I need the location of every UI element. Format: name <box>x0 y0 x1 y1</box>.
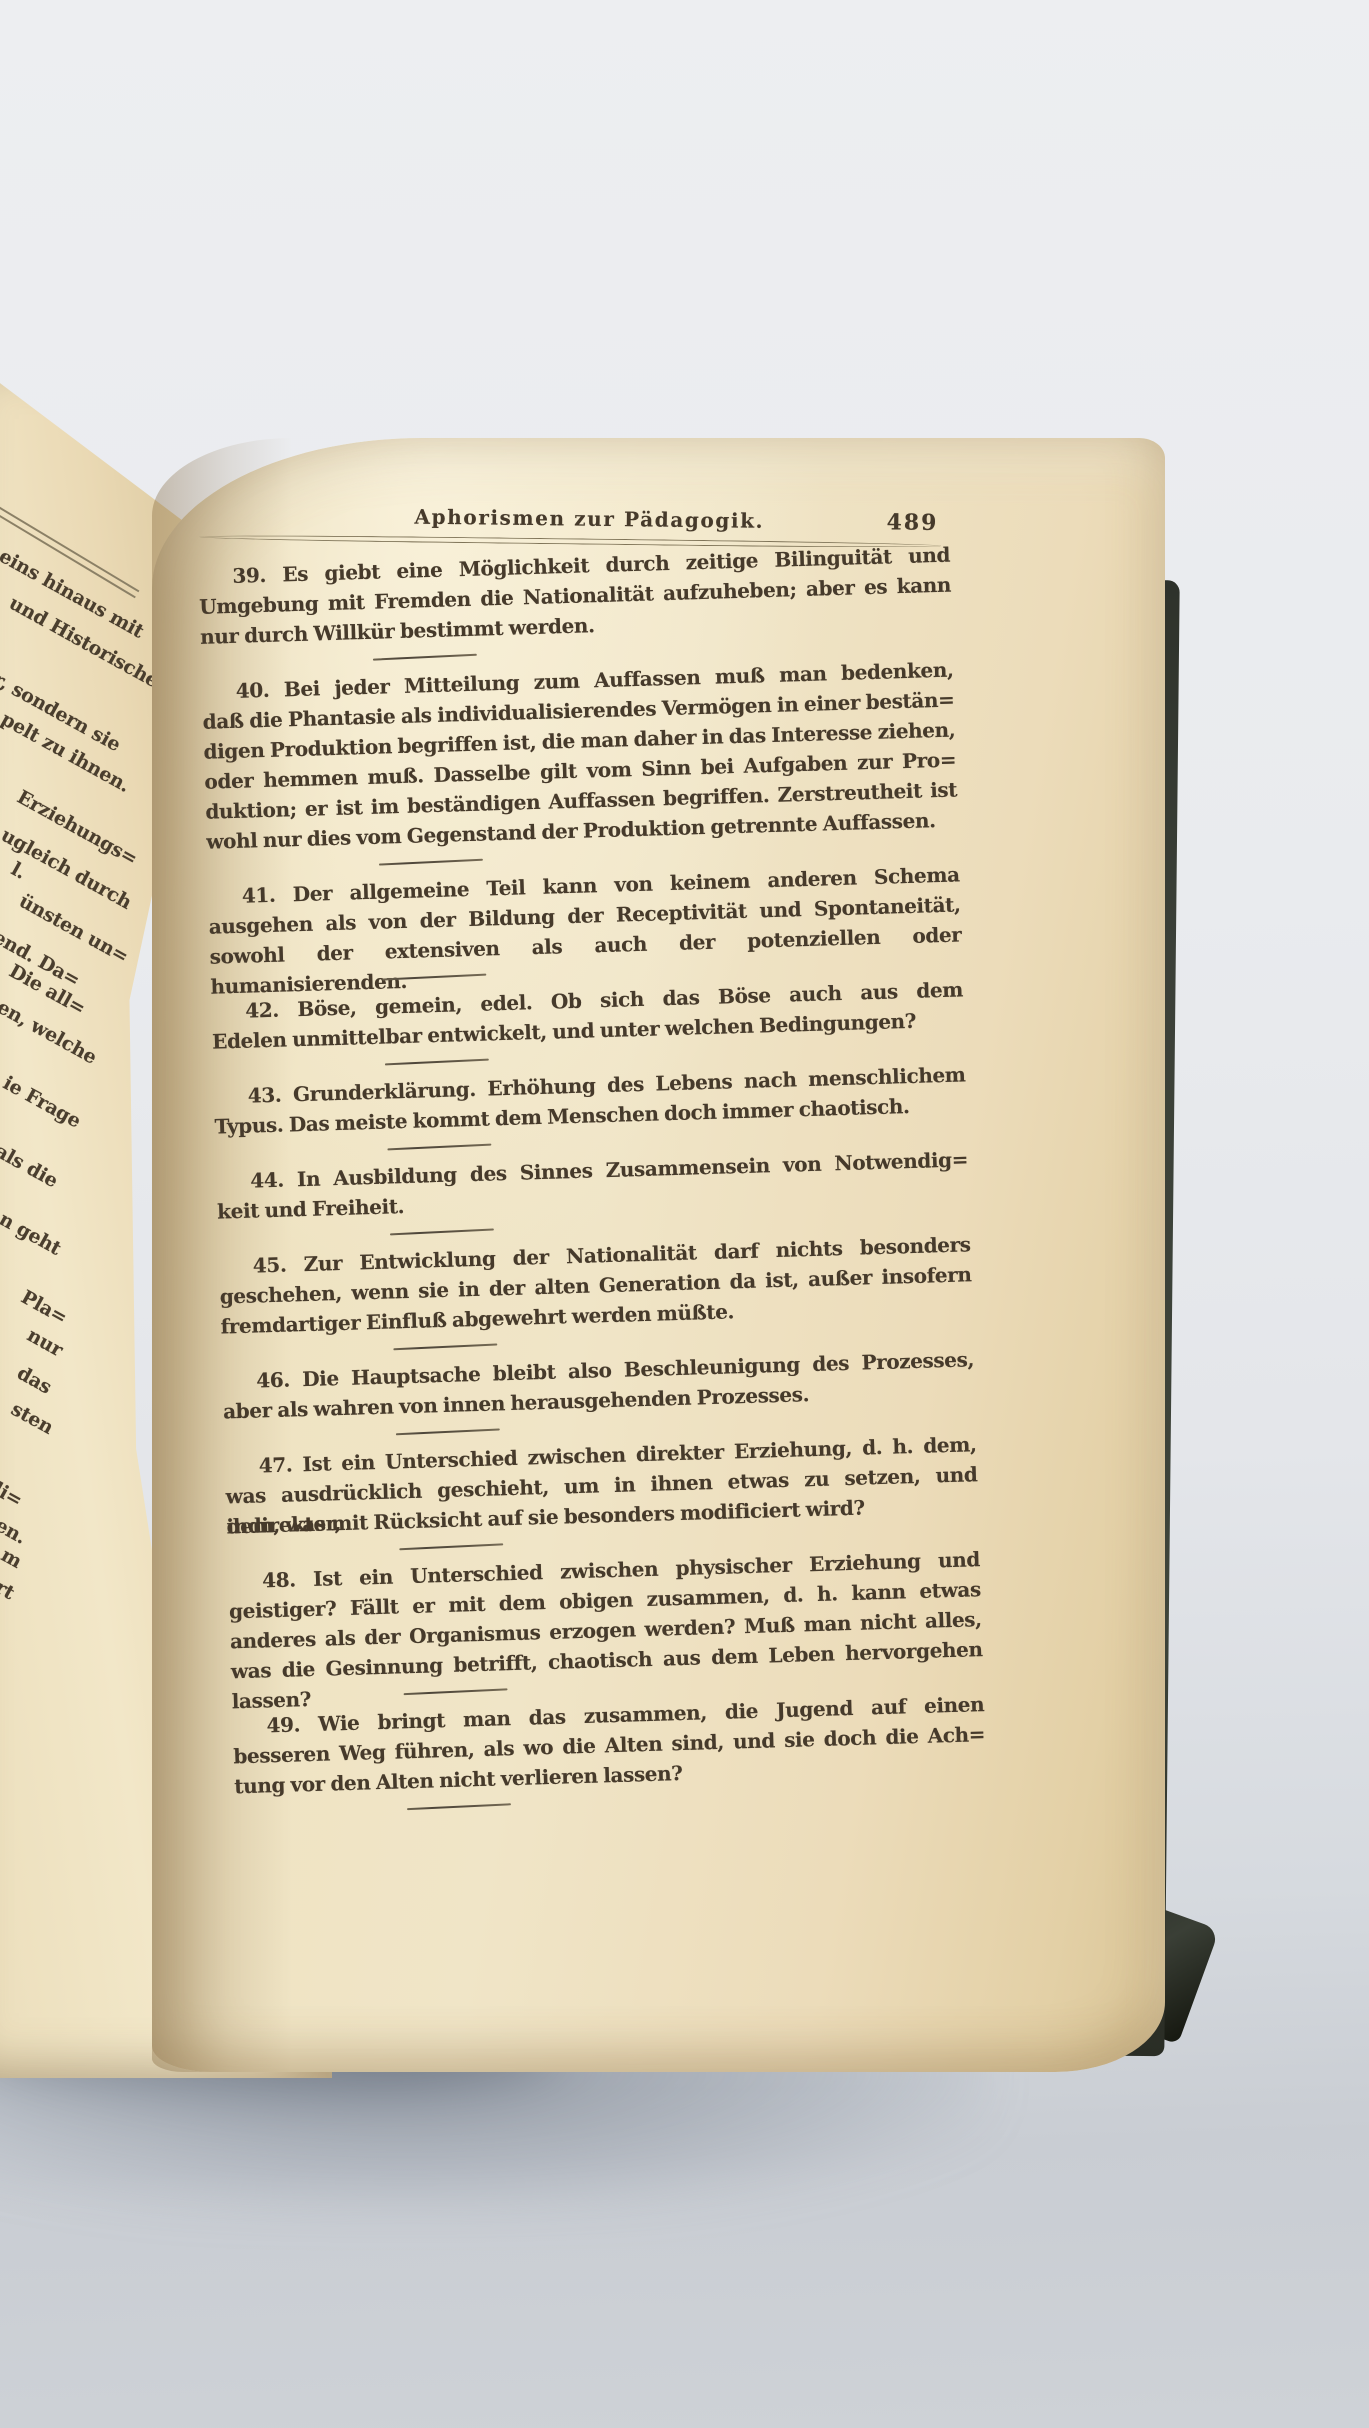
aphorism-49: 49. Wie bringt man das zusammen, die Jug… <box>232 1689 986 1801</box>
left-page-text-fragment: das <box>13 1362 55 1399</box>
aphorism-45: 45. Zur Entwicklung der Nationalität dar… <box>218 1229 972 1341</box>
right-page: Aphorismen zur Pädagogik. 489 39. Es gie… <box>152 438 1165 2072</box>
left-page-text-fragment: l. <box>7 858 29 884</box>
left-page-text-fragment: ie Frage <box>0 1072 84 1133</box>
left-page-text-fragment: rt <box>0 1576 18 1604</box>
left-page-text-fragment: en. <box>0 1514 30 1549</box>
section-separator <box>379 859 483 866</box>
page-number: 489 <box>886 509 938 536</box>
page-text-column: Aphorismen zur Pädagogik. 489 39. Es gie… <box>196 479 987 1827</box>
aphorism-39: 39. Es giebt eine Möglichkeit durch zeit… <box>198 540 952 652</box>
aphorism-40: 40. Bei jeder Mitteilung zum Auffassen m… <box>201 655 958 857</box>
aphorism-46: 46. Die Hauptsache bleibt also Beschleun… <box>222 1344 975 1426</box>
section-separator <box>407 1803 511 1810</box>
section-separator <box>393 1343 497 1350</box>
left-page-text-fragment: als die <box>0 1140 62 1192</box>
section-separator <box>404 1688 508 1695</box>
left-page-text-fragment: . <box>0 1602 6 1624</box>
aphorism-list: 39. Es giebt eine Möglichkeit durch zeit… <box>198 540 987 1815</box>
section-separator <box>385 1059 489 1066</box>
section-separator <box>396 1428 500 1435</box>
section-separator <box>387 1144 491 1151</box>
aphorism-43: 43. Grunderklärung. Erhöhung des Lebens … <box>213 1059 966 1141</box>
header-rule <box>199 534 941 549</box>
aphorism-41: 41. Der allgemeine Teil kann von keinem … <box>207 859 961 971</box>
section-separator <box>390 1229 494 1236</box>
section-separator <box>373 654 477 661</box>
left-page-text-fragment: n geht <box>0 1208 65 1260</box>
aphorism-44: 44. In Ausbildung des Sinnes Zusammensei… <box>216 1144 969 1226</box>
aphorism-47: 47. Ist ein Unterschied zwischen direkte… <box>224 1429 978 1541</box>
left-page-text-fragment: nur <box>23 1324 66 1361</box>
page-header: Aphorismen zur Pädagogik. 489 <box>196 501 948 536</box>
left-page-text-fragment: li= <box>0 1478 26 1512</box>
section-separator <box>399 1543 503 1550</box>
running-title: Aphorismen zur Pädagogik. <box>414 505 764 533</box>
left-page-text-fragment: m <box>0 1544 25 1573</box>
left-page-text-fragment: sten <box>7 1398 57 1439</box>
left-page-text-fragment: Pla= <box>17 1286 70 1329</box>
aphorism-48: 48. Ist ein Unterschied zwischen physisc… <box>228 1544 983 1686</box>
